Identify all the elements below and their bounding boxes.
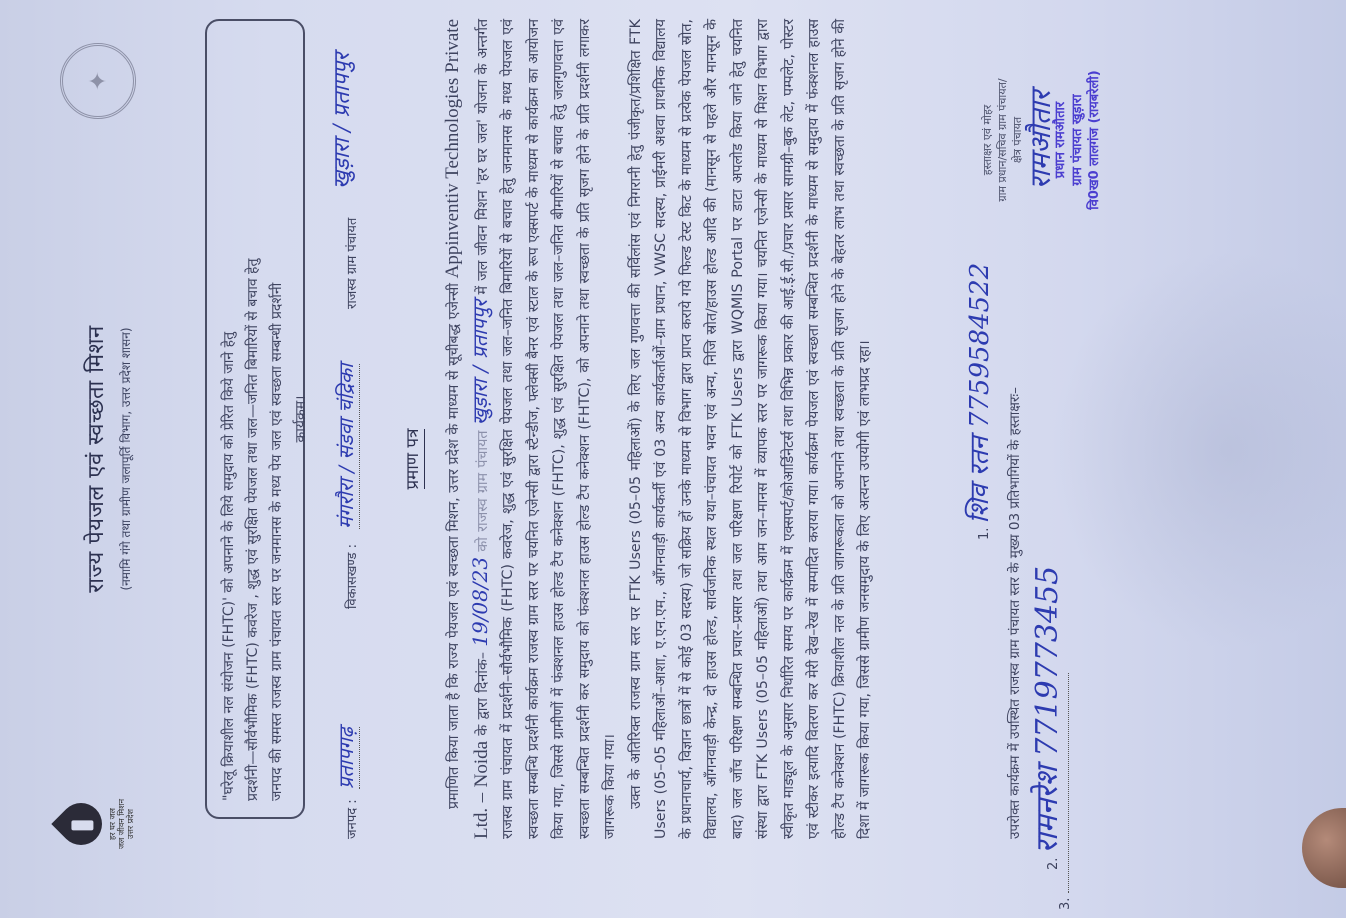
panchayat-label: राजस्व ग्राम पंचायत: [342, 218, 360, 309]
pradhan-signature: रामऔतार: [1033, 20, 1048, 260]
pradhan-stamp: प्रधान रामऔतार ग्राम पंचायत खुड़ारा वि0ख…: [1052, 20, 1103, 260]
block-label: विकासखण्ड :: [342, 544, 360, 609]
district-label: जनपद :: [342, 799, 360, 839]
participant-3: 3.: [1058, 673, 1073, 910]
participant-1-signature: शिव रतन 7759584522: [965, 263, 995, 524]
program-banner: "घरेलू क्रियाशील नल संयोजन (FHTC)' को अप…: [205, 19, 305, 819]
certificate-body: प्रमाणित किया जाता है कि राज्य पेयजल एवं…: [440, 19, 879, 839]
panchayat-value: खुड़ारा / प्रतापपुर: [326, 53, 356, 189]
event-date: 19/08/23: [468, 557, 492, 647]
location-fields: जनपद : प्रतापगढ़ विकासखण्ड : मंगरौरा / स…: [330, 9, 370, 909]
pradhan-block: हस्ताक्षर एवं मोहर ग्राम प्रधान/सचिव ग्र…: [980, 20, 1103, 260]
mission-title: राज्य पेयजल एवं स्वच्छता मिशन: [80, 9, 110, 909]
district-value: प्रतापगढ़: [332, 727, 360, 789]
government-seal-icon: ✦: [60, 43, 136, 119]
participant-1: 1. शिव रतन 7759584522: [960, 263, 996, 540]
signature-section: 1. शिव रतन 7759584522 2. रामनरेश 7719773…: [860, 0, 1346, 918]
certificate-title: प्रमाण पत्र: [400, 9, 423, 909]
block-value: मंगरौरा / संडवा चंद्रिका: [332, 364, 360, 529]
mission-subtitle: (नमामि गंगे तथा ग्रामीण जलापूर्ति विभाग,…: [117, 9, 134, 909]
paragraph-2: उक्त के अतिरिक्त राजस्व ग्राम स्तर पर FT…: [624, 19, 879, 839]
panchayat-name: खुड़ारा / प्रतापपुर: [468, 300, 492, 425]
paragraph-1: प्रमाणित किया जाता है कि राज्य पेयजल एवं…: [440, 19, 624, 839]
